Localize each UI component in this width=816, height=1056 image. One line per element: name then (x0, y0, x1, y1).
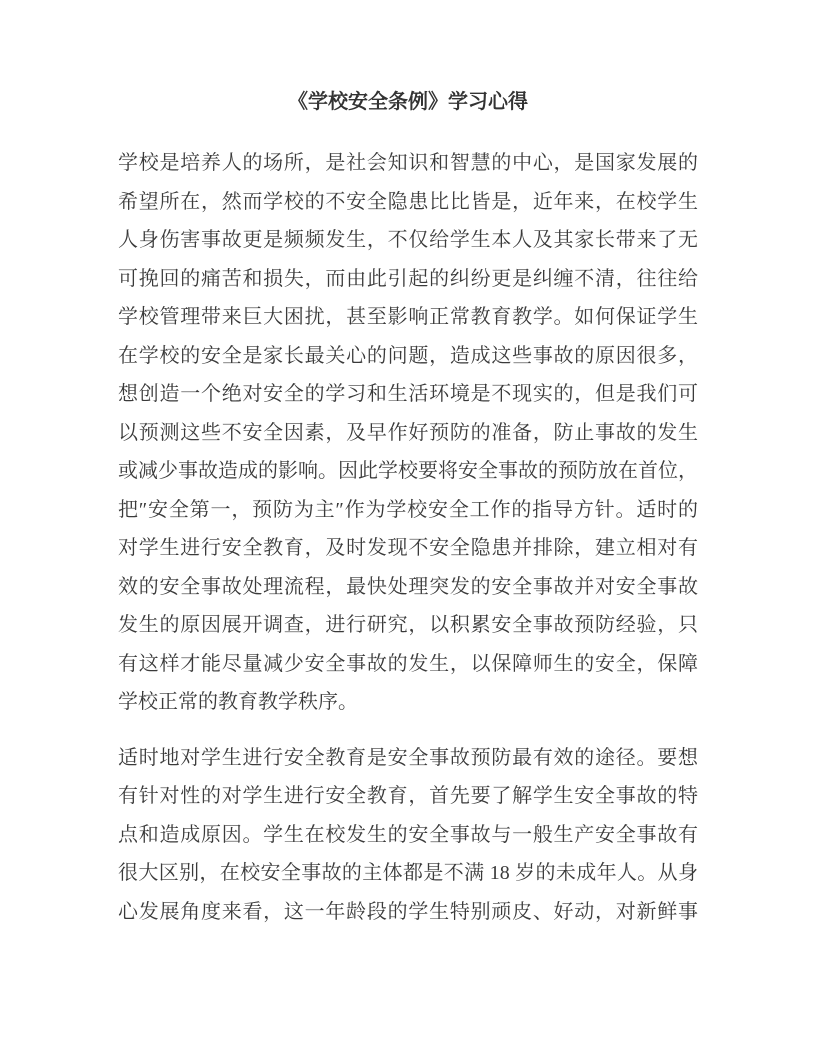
text-line: 学校管理带来巨大困扰，甚至影响正常教育教学。如何保证学生 (118, 298, 698, 337)
paragraph: 学校是培养人的场所，是社会知识和智慧的中心，是国家发展的希望所在，然而学校的不安… (118, 144, 698, 722)
text-line: 效的安全事故处理流程，最快处理突发的安全事故并对安全事故 (118, 568, 698, 607)
document-page: 《学校安全条例》学习心得 学校是培养人的场所，是社会知识和智慧的中心，是国家发展… (0, 0, 816, 1056)
text-line: 对学生进行安全教育，及时发现不安全隐患并排除，建立相对有 (118, 529, 698, 568)
text-line: 可挽回的痛苦和损失，而由此引起的纠纷更是纠缠不清，往往给 (118, 260, 698, 299)
text-line: 有针对性的对学生进行安全教育，首先要了解学生安全事故的特 (118, 777, 698, 816)
paragraph: 适时地对学生进行安全教育是安全事故预防最有效的途径。要想有针对性的对学生进行安全… (118, 739, 698, 932)
text-line: 人身伤害事故更是频频发生，不仅给学生本人及其家长带来了无 (118, 221, 698, 260)
text-line: 点和造成原因。学生在校发生的安全事故与一般生产安全事故有 (118, 816, 698, 855)
text-line: 在学校的安全是家长最关心的问题，造成这些事故的原因很多， (118, 337, 698, 376)
text-line: 或减少事故造成的影响。因此学校要将安全事故的预防放在首位， (118, 452, 698, 491)
document-title: 《学校安全条例》学习心得 (118, 0, 698, 115)
text-line: 心发展角度来看，这一年龄段的学生特别顽皮、好动，对新鲜事 (118, 893, 698, 932)
text-line: 学校是培养人的场所，是社会知识和智慧的中心，是国家发展的 (118, 144, 698, 183)
document-body: 学校是培养人的场所，是社会知识和智慧的中心，是国家发展的希望所在，然而学校的不安… (118, 144, 698, 931)
text-line: 发生的原因展开调查，进行研究，以积累安全事故预防经验，只 (118, 606, 698, 645)
text-line: 把″安全第一，预防为主″作为学校安全工作的指导方针。适时的 (118, 491, 698, 530)
document-content: 《学校安全条例》学习心得 学校是培养人的场所，是社会知识和智慧的中心，是国家发展… (118, 0, 698, 931)
text-line: 很大区别，在校安全事故的主体都是不满 18 岁的未成年人。从身 (118, 854, 698, 893)
text-line: 适时地对学生进行安全教育是安全事故预防最有效的途径。要想 (118, 739, 698, 778)
text-line: 想创造一个绝对安全的学习和生活环境是不现实的，但是我们可 (118, 375, 698, 414)
text-line: 学校正常的教育教学秩序。 (118, 683, 698, 722)
text-line: 有这样才能尽量减少安全事故的发生，以保障师生的安全，保障 (118, 645, 698, 684)
text-line: 希望所在，然而学校的不安全隐患比比皆是，近年来，在校学生 (118, 183, 698, 222)
text-line: 以预测这些不安全因素，及早作好预防的准备，防止事故的发生 (118, 414, 698, 453)
